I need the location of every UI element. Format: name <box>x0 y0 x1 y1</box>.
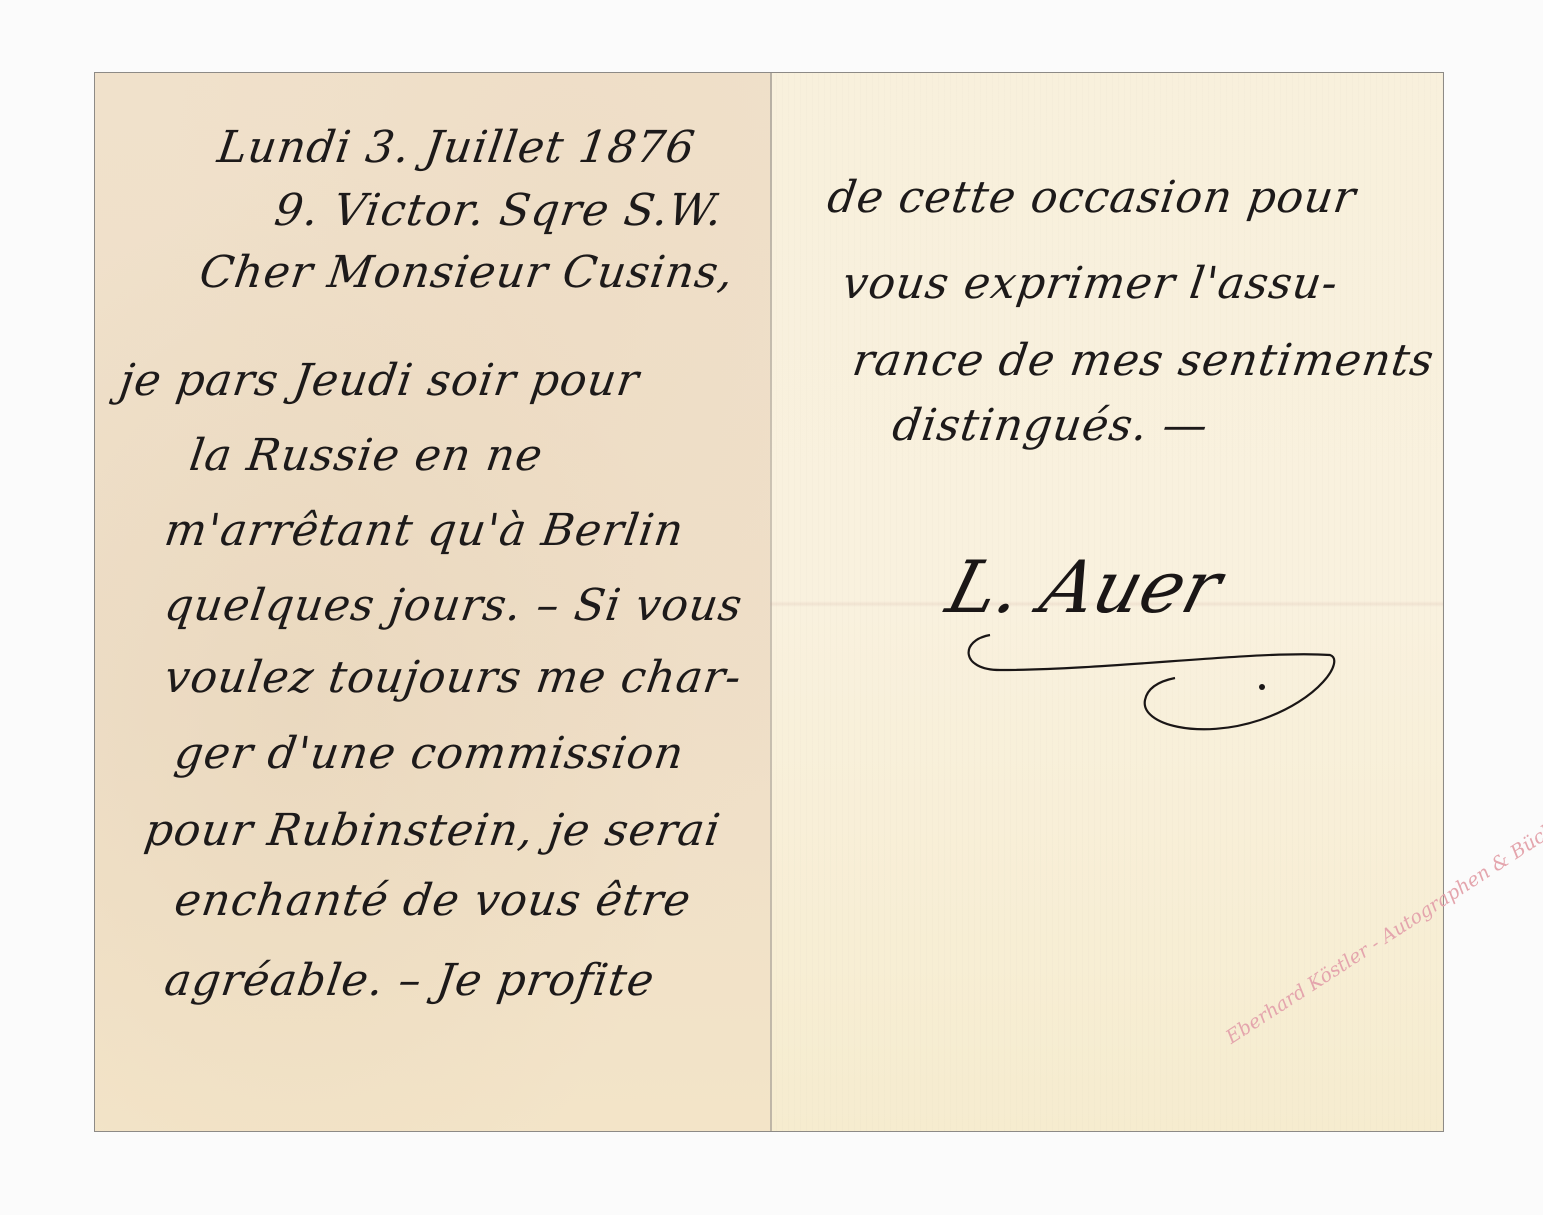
right-line-4: distingués. — <box>889 400 1211 451</box>
right-line-3: rance de mes sentiments <box>849 335 1437 386</box>
signature-flourish-icon <box>960 630 1360 740</box>
body-line-2: la Russie en ne <box>186 430 546 481</box>
body-line-6: ger d'une commission <box>171 728 687 779</box>
body-line-4: quelques jours. – Si vous <box>161 580 745 631</box>
salutation-line: Cher Monsieur Cusins, <box>196 247 737 298</box>
body-line-7: pour Rubinstein, je serai <box>141 805 724 856</box>
right-line-2: vous exprimer l'assu- <box>839 258 1341 309</box>
body-line-8: enchanté de vous être <box>171 875 694 926</box>
address-line: 9. Victor. Sqre S.W. <box>271 185 726 236</box>
date-line: Lundi 3. Juillet 1876 <box>214 122 698 173</box>
body-line-5: voulez toujours me char- <box>161 652 745 703</box>
body-line-1-text: je pars Jeudi soir pour <box>116 355 642 406</box>
body-line-1: je pars Jeudi soir pour <box>116 355 642 406</box>
right-line-1: de cette occasion pour <box>824 172 1359 223</box>
body-line-3: m'arrêtant qu'à Berlin <box>161 505 687 556</box>
signature: L. Auer <box>939 545 1230 629</box>
body-line-9: agréable. – Je profite <box>161 955 658 1006</box>
